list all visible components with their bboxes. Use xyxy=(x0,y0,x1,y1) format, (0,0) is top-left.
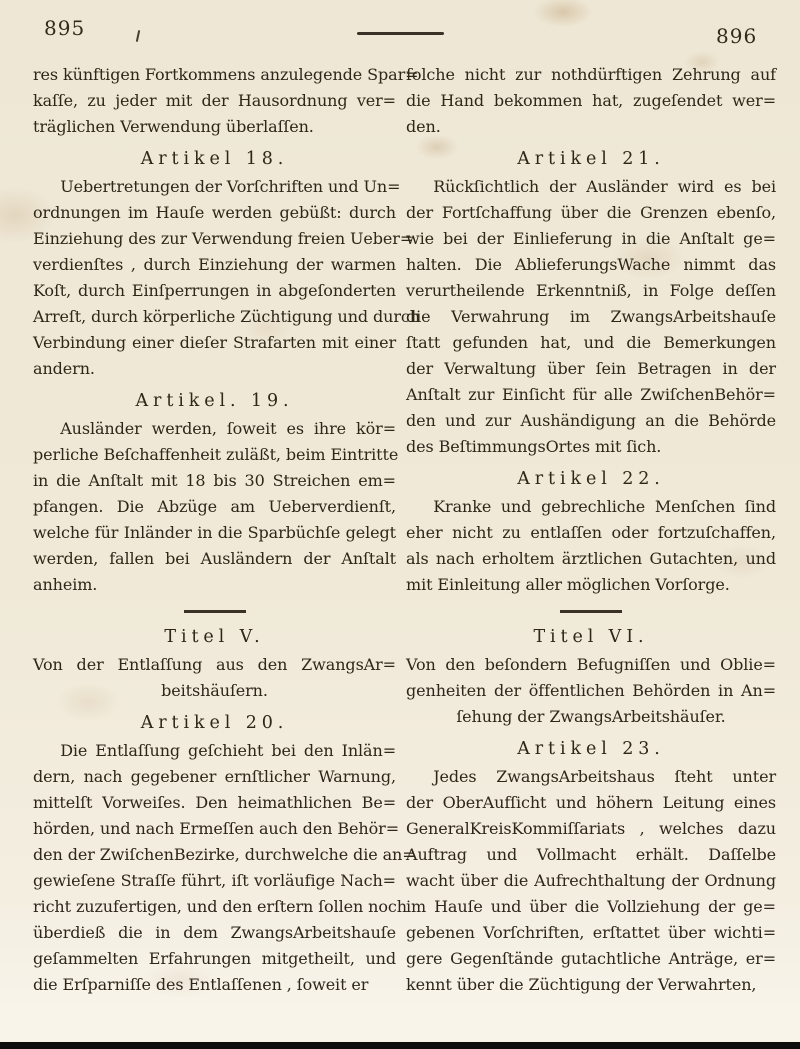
text-line: beitshäuſern. xyxy=(33,678,396,704)
text-line: richt zuzufertigen, und den erſtern ſoll… xyxy=(33,894,396,920)
text-line: dern, nach gegebener ernſtlicher Warnung… xyxy=(33,764,396,790)
text-line: träglichen Verwendung überlaſſen. xyxy=(33,114,396,140)
text-line: in die Anſtalt mit 18 bis 30 Streichen e… xyxy=(33,468,396,494)
text-line: gere Gegenſtände gutachtliche Anträge, e… xyxy=(406,946,776,972)
paragraph: Uebertretungen der Vorſchriften und Un=o… xyxy=(33,174,396,382)
header-rule xyxy=(357,32,444,35)
paragraph: Ausländer werden, ſoweit es ihre kör=per… xyxy=(33,416,396,598)
text-line: halten. Die AblieferungsWache nimmt das xyxy=(406,252,776,278)
text-line: Die Entlaſſung geſchieht bei den Inlän= xyxy=(33,738,396,764)
text-line: gewieſene Straſſe führt, iſt vorläufige … xyxy=(33,868,396,894)
text-line: kaſſe, zu jeder mit der Hausordnung ver= xyxy=(33,88,396,114)
text-line: überdieß die in dem ZwangsArbeitshauſe xyxy=(33,920,396,946)
scanned-page: 895 896 res künftigen Fortkommens anzule… xyxy=(0,0,800,1049)
text-line: des BeſtimmungsOrtes mit ſich. xyxy=(406,434,776,460)
text-line: ſolche nicht zur nothdürftigen Zehrung a… xyxy=(406,62,776,88)
section-heading: Artikel. 19. xyxy=(33,388,396,414)
paragraph: ſolche nicht zur nothdürftigen Zehrung a… xyxy=(406,62,776,140)
text-line: genheiten der öffentlichen Behörden in A… xyxy=(406,678,776,704)
text-column-right: ſolche nicht zur nothdürftigen Zehrung a… xyxy=(406,62,776,998)
text-line: mittelſt Vorweiſes. Den heimathlichen Be… xyxy=(33,790,396,816)
footer-scan-bar xyxy=(0,1042,800,1049)
section-heading: Artikel 20. xyxy=(33,710,396,736)
paragraph: Die Entlaſſung geſchieht bei den Inlän=d… xyxy=(33,738,396,998)
text-line: pfangen. Die Abzüge am Ueberverdienſt, xyxy=(33,494,396,520)
text-line: andern. xyxy=(33,356,396,382)
text-line: mit Einleitung aller möglichen Vorſorge. xyxy=(406,572,776,598)
text-line: welche für Inländer in die Sparbüchſe ge… xyxy=(33,520,396,546)
text-line: Ausländer werden, ſoweit es ihre kör= xyxy=(33,416,396,442)
text-line: den der ZwiſchenBezirke, durchwelche die… xyxy=(33,842,396,868)
text-line: wacht über die Aufrechthaltung der Ordnu… xyxy=(406,868,776,894)
text-line: Jedes ZwangsArbeitshaus ſteht unter xyxy=(406,764,776,790)
text-line: als nach erholtem ärztlichen Gutachten, … xyxy=(406,546,776,572)
text-line: gebenen Vorſchriften, erſtattet über wic… xyxy=(406,920,776,946)
section-heading: Artikel 22. xyxy=(406,466,776,492)
text-line: wie bei der Einlieferung in die Anſtalt … xyxy=(406,226,776,252)
text-line: die Hand bekommen hat, zugeſendet wer= xyxy=(406,88,776,114)
text-line: eher nicht zu entlaſſen oder fortzuſchaf… xyxy=(406,520,776,546)
text-line: der Verwaltung über ſein Betragen in der xyxy=(406,356,776,382)
paragraph: res künftigen Fortkommens anzulegende Sp… xyxy=(33,62,396,140)
page-number-right: 896 xyxy=(716,24,757,48)
section-heading: Artikel 23. xyxy=(406,736,776,762)
text-line: werden, fallen bei Ausländern der Anſtal… xyxy=(33,546,396,572)
page-number-left: 895 xyxy=(44,16,85,40)
text-line: ſtatt gefunden hat, und die Bemerkungen xyxy=(406,330,776,356)
ink-speck xyxy=(136,30,140,42)
text-line: hörden, und nach Ermeſſen auch den Behör… xyxy=(33,816,396,842)
text-line: den und zur Aushändigung an die Behörde xyxy=(406,408,776,434)
text-line: kennt über die Züchtigung der Verwahrten… xyxy=(406,972,776,998)
section-subtitle: Von den beſondern Befugniſſen und Oblie=… xyxy=(406,652,776,730)
text-line: Verbindung einer dieſer Strafarten mit e… xyxy=(33,330,396,356)
text-line: Kranke und gebrechliche Menſchen ſind xyxy=(406,494,776,520)
text-line: den. xyxy=(406,114,776,140)
text-line: Von der Entlaſſung aus den ZwangsAr= xyxy=(33,652,396,678)
text-line: Uebertretungen der Vorſchriften und Un= xyxy=(33,174,396,200)
paragraph: Kranke und gebrechliche Menſchen ſindehe… xyxy=(406,494,776,598)
text-line: im Hauſe und über die Vollziehung der ge… xyxy=(406,894,776,920)
text-line: verdienſtes , durch Einziehung der warme… xyxy=(33,252,396,278)
section-subtitle: Von der Entlaſſung aus den ZwangsAr=beit… xyxy=(33,652,396,704)
text-line: Koſt, durch Einſperrungen in abgeſondert… xyxy=(33,278,396,304)
text-line: res künftigen Fortkommens anzulegende Sp… xyxy=(33,62,396,88)
text-line: der Fortſchaffung über die Grenzen ebenſ… xyxy=(406,200,776,226)
text-line: Arreſt, durch körperliche Züchtigung und… xyxy=(33,304,396,330)
text-line: die Erſparniſſe des Entlaſſenen , ſoweit… xyxy=(33,972,396,998)
text-line: ſehung der ZwangsArbeitshäuſer. xyxy=(406,704,776,730)
text-line: anheim. xyxy=(33,572,396,598)
section-heading: Artikel 18. xyxy=(33,146,396,172)
paragraph: Rückſichtlich der Ausländer wird es beid… xyxy=(406,174,776,460)
text-line: verurtheilende Erkenntniß, in Folge deſſ… xyxy=(406,278,776,304)
text-line: Auftrag und Vollmacht erhält. Daſſelbe xyxy=(406,842,776,868)
text-line: GeneralKreisKommiſſariats , welches dazu xyxy=(406,816,776,842)
paragraph: Jedes ZwangsArbeitshaus ſteht unterder O… xyxy=(406,764,776,998)
text-line: perliche Beſchaffenheit zuläßt, beim Ein… xyxy=(33,442,396,468)
section-heading: Titel V. xyxy=(33,624,396,650)
text-column-left: res künftigen Fortkommens anzulegende Sp… xyxy=(33,62,396,998)
text-line: der OberAufſicht und höhern Leitung eine… xyxy=(406,790,776,816)
section-divider-rule xyxy=(184,610,246,613)
text-line: ordnungen im Hauſe werden gebüßt: durch xyxy=(33,200,396,226)
text-line: Anſtalt zur Einſicht für alle ZwiſchenBe… xyxy=(406,382,776,408)
text-line: Rückſichtlich der Ausländer wird es bei xyxy=(406,174,776,200)
section-heading: Artikel 21. xyxy=(406,146,776,172)
text-line: geſammelten Erfahrungen mitgetheilt, und xyxy=(33,946,396,972)
text-line: Von den beſondern Befugniſſen und Oblie= xyxy=(406,652,776,678)
text-line: die Verwahrung im ZwangsArbeitshauſe xyxy=(406,304,776,330)
section-divider-rule xyxy=(560,610,622,613)
text-line: Einziehung des zur Verwendung freien Ueb… xyxy=(33,226,396,252)
section-heading: Titel VI. xyxy=(406,624,776,650)
